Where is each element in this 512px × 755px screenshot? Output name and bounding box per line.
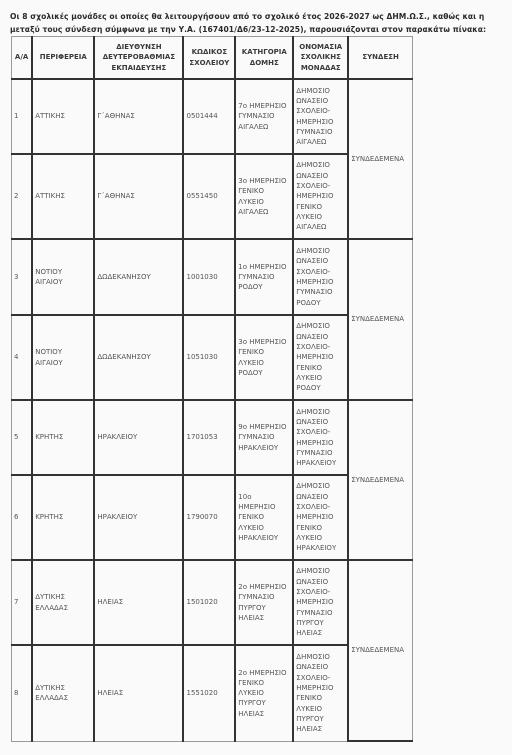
table-body: 1ΑΤΤΙΚΗΣΓ΄ΑΘΗΝΑΣ05014447ο ΗΜΕΡΗΣΙΟ ΓΥΜΝΑ…: [12, 79, 413, 741]
cell-aa: 5: [12, 400, 33, 475]
cell-link-status: ΣΥΝΔΕΔΕΜΕΝΑ: [348, 239, 412, 400]
cell-periphery: ΝΟΤΙΟΥ ΑΙΓΑΙΟΥ: [32, 315, 94, 400]
cell-name: ΔΗΜΟΣΙΟ ΩΝΑΣΕΙΟ ΣΧΟΛΕΙΟ- ΗΜΕΡΗΣΙΟ ΓΥΜΝΑΣ…: [293, 400, 348, 475]
cell-name: ΔΗΜΟΣΙΟ ΩΝΑΣΕΙΟ ΣΧΟΛΕΙΟ- ΗΜΕΡΗΣΙΟ ΓΕΝΙΚΟ…: [293, 645, 348, 741]
cell-category: 10ο ΗΜΕΡΗΣΙΟ ΓΕΝΙΚΟ ΛΥΚΕΙΟ ΗΡΑΚΛΕΙΟΥ: [235, 475, 293, 560]
cell-code: 1701053: [183, 400, 235, 475]
cell-periphery: ΚΡΗΤΗΣ: [32, 475, 94, 560]
cell-code: 1551020: [183, 645, 235, 741]
cell-aa: 3: [12, 239, 33, 315]
cell-name: ΔΗΜΟΣΙΟ ΩΝΑΣΕΙΟ ΣΧΟΛΕΙΟ- ΗΜΕΡΗΣΙΟ ΓΥΜΝΑΣ…: [293, 239, 348, 315]
cell-periphery: ΑΤΤΙΚΗΣ: [32, 154, 94, 239]
cell-directorate: ΔΩΔΕΚΑΝΗΣΟΥ: [94, 239, 183, 315]
cell-category: 2ο ΗΜΕΡΗΣΙΟ ΓΥΜΝΑΣΙΟ ΠΥΡΓΟΥ ΗΛΕΙΑΣ: [235, 560, 293, 645]
cell-category: 7ο ΗΜΕΡΗΣΙΟ ΓΥΜΝΑΣΙΟ ΑΙΓΑΛΕΩ: [235, 79, 293, 154]
cell-periphery: ΝΟΤΙΟΥ ΑΙΓΑΙΟΥ: [32, 239, 94, 315]
table-row: 1ΑΤΤΙΚΗΣΓ΄ΑΘΗΝΑΣ05014447ο ΗΜΕΡΗΣΙΟ ΓΥΜΝΑ…: [12, 79, 413, 154]
cell-name: ΔΗΜΟΣΙΟ ΩΝΑΣΕΙΟ ΣΧΟΛΕΙΟ- ΗΜΕΡΗΣΙΟ ΓΕΝΙΚΟ…: [293, 315, 348, 400]
cell-code: 1051030: [183, 315, 235, 400]
cell-directorate: ΗΛΕΙΑΣ: [94, 645, 183, 741]
cell-code: 1790070: [183, 475, 235, 560]
header-code: ΚΩΔΙΚΟΣ ΣΧΟΛΕΙΟΥ: [183, 37, 235, 80]
cell-name: ΔΗΜΟΣΙΟ ΩΝΑΣΕΙΟ ΣΧΟΛΕΙΟ- ΗΜΕΡΗΣΙΟ ΓΕΝΙΚΟ…: [293, 154, 348, 239]
cell-directorate: ΔΩΔΕΚΑΝΗΣΟΥ: [94, 315, 183, 400]
header-link: ΣΥΝΔΕΣΗ: [348, 37, 412, 80]
cell-periphery: ΔΥΤΙΚΗΣ ΕΛΛΑΔΑΣ: [32, 645, 94, 741]
cell-category: 3ο ΗΜΕΡΗΣΙΟ ΓΕΝΙΚΟ ΛΥΚΕΙΟ ΑΙΓΑΛΕΩ: [235, 154, 293, 239]
cell-directorate: Γ΄ΑΘΗΝΑΣ: [94, 79, 183, 154]
header-aa: Α/Α: [12, 37, 33, 80]
cell-directorate: ΗΡΑΚΛΕΙΟΥ: [94, 400, 183, 475]
cell-code: 0551450: [183, 154, 235, 239]
cell-category: 9ο ΗΜΕΡΗΣΙΟ ΓΥΜΝΑΣΙΟ ΗΡΑΚΛΕΙΟΥ: [235, 400, 293, 475]
cell-code: 1501020: [183, 560, 235, 645]
cell-directorate: ΗΛΕΙΑΣ: [94, 560, 183, 645]
cell-aa: 6: [12, 475, 33, 560]
cell-name: ΔΗΜΟΣΙΟ ΩΝΑΣΕΙΟ ΣΧΟΛΕΙΟ- ΗΜΕΡΗΣΙΟ ΓΥΜΝΑΣ…: [293, 560, 348, 645]
cell-name: ΔΗΜΟΣΙΟ ΩΝΑΣΕΙΟ ΣΧΟΛΕΙΟ- ΗΜΕΡΗΣΙΟ ΓΕΝΙΚΟ…: [293, 475, 348, 560]
cell-aa: 2: [12, 154, 33, 239]
header-category: ΚΑΤΗΓΟΡΙΑ ΔΟΜΗΣ: [235, 37, 293, 80]
cell-directorate: ΗΡΑΚΛΕΙΟΥ: [94, 475, 183, 560]
intro-paragraph: Οι 8 σχολικές μονάδες οι οποίες θα λειτο…: [10, 10, 510, 36]
cell-aa: 7: [12, 560, 33, 645]
cell-link-status: ΣΥΝΔΕΔΕΜΕΝΑ: [348, 79, 412, 239]
table-row: 5ΚΡΗΤΗΣΗΡΑΚΛΕΙΟΥ17010539ο ΗΜΕΡΗΣΙΟ ΓΥΜΝΑ…: [12, 400, 413, 475]
cell-category: 2ο ΗΜΕΡΗΣΙΟ ΓΕΝΙΚΟ ΛΥΚΕΙΟ ΠΥΡΓΟΥ ΗΛΕΙΑΣ: [235, 645, 293, 741]
cell-aa: 8: [12, 645, 33, 741]
header-name: ΟΝΟΜΑΣΙΑ ΣΧΟΛΙΚΗΣ ΜΟΝΑΔΑΣ: [293, 37, 348, 80]
cell-name: ΔΗΜΟΣΙΟ ΩΝΑΣΕΙΟ ΣΧΟΛΕΙΟ- ΗΜΕΡΗΣΙΟ ΓΥΜΝΑΣ…: [293, 79, 348, 154]
cell-category: 1ο ΗΜΕΡΗΣΙΟ ΓΥΜΝΑΣΙΟ ΡΟΔΟΥ: [235, 239, 293, 315]
cell-periphery: ΚΡΗΤΗΣ: [32, 400, 94, 475]
table-header-row: Α/Α ΠΕΡΙΦΕΡΕΙΑ ΔΙΕΥΘΥΝΣΗ ΔΕΥΤΕΡΟΒΑΘΜΙΑΣ …: [12, 37, 413, 80]
cell-code: 1001030: [183, 239, 235, 315]
table-row: 7ΔΥΤΙΚΗΣ ΕΛΛΑΔΑΣΗΛΕΙΑΣ15010202ο ΗΜΕΡΗΣΙΟ…: [12, 560, 413, 645]
cell-periphery: ΑΤΤΙΚΗΣ: [32, 79, 94, 154]
cell-link-status: ΣΥΝΔΕΔΕΜΕΝΑ: [348, 400, 412, 560]
header-directorate: ΔΙΕΥΘΥΝΣΗ ΔΕΥΤΕΡΟΒΑΘΜΙΑΣ ΕΚΠΑΙΔΕΥΣΗΣ: [94, 37, 183, 80]
cell-directorate: Γ΄ΑΘΗΝΑΣ: [94, 154, 183, 239]
cell-periphery: ΔΥΤΙΚΗΣ ΕΛΛΑΔΑΣ: [32, 560, 94, 645]
cell-aa: 1: [12, 79, 33, 154]
table-row: 3ΝΟΤΙΟΥ ΑΙΓΑΙΟΥΔΩΔΕΚΑΝΗΣΟΥ10010301ο ΗΜΕΡ…: [12, 239, 413, 315]
cell-link-status: ΣΥΝΔΕΔΕΜΕΝΑ: [348, 560, 412, 741]
cell-aa: 4: [12, 315, 33, 400]
schools-table: Α/Α ΠΕΡΙΦΕΡΕΙΑ ΔΙΕΥΘΥΝΣΗ ΔΕΥΤΕΡΟΒΑΘΜΙΑΣ …: [11, 36, 413, 742]
cell-category: 3ο ΗΜΕΡΗΣΙΟ ΓΕΝΙΚΟ ΛΥΚΕΙΟ ΡΟΔΟΥ: [235, 315, 293, 400]
cell-code: 0501444: [183, 79, 235, 154]
header-periphery: ΠΕΡΙΦΕΡΕΙΑ: [32, 37, 94, 80]
